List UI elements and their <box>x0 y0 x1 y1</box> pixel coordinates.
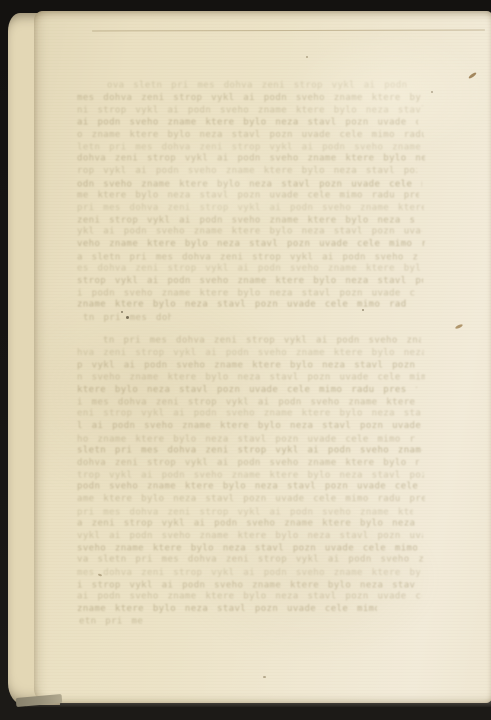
ghost-text-line: dohva zeni strop vykl ai podn sveho znam… <box>77 153 425 165</box>
ghost-text-line: pri mes dohva zeni strop vykl ai podn sv… <box>77 202 424 214</box>
ghost-text-line: odn sveho zname ktere bylo neza stavl po… <box>77 178 422 190</box>
ghost-text-line: dohva zeni strop vykl ai podn sveho znam… <box>77 457 419 469</box>
ghost-text-line: ame ktere bylo neza stavl pozn uvade cel… <box>77 493 425 505</box>
next-page-hairline <box>92 29 485 31</box>
ghost-text-line: l ai podn sveho zname ktere bylo neza st… <box>77 420 425 432</box>
ghost-text-line: pri mes dohva zeni strop vykl ai podn sv… <box>77 506 413 518</box>
ghost-text-line: n sveho zname ktere bylo neza stavl pozn… <box>77 371 425 383</box>
ghost-text-line: eni strop vykl ai podn sveho zname ktere… <box>77 408 421 420</box>
ghost-text-line: rop vykl ai podn sveho zname ktere bylo … <box>77 165 417 177</box>
ghost-text-line: mes dohva zeni strop vykl ai podn sveho … <box>77 567 420 579</box>
ghost-text-line: va sletn pri mes dohva zeni strop vykl a… <box>77 554 424 566</box>
ghost-text-line: zeni strop vykl ai podn sveho zname kter… <box>77 214 415 226</box>
ghost-text-line: ai podn sveho zname ktere bylo neza stav… <box>77 116 418 128</box>
ghost-text-line: hva zeni strop vykl ai podn sveho zname … <box>77 347 424 359</box>
ghost-text-line: a zeni strop vykl ai podn sveho zname kt… <box>77 517 421 529</box>
ghost-text-line: sletn pri mes dohva zeni strop vykl ai p… <box>77 444 422 456</box>
paper-speck <box>431 91 433 93</box>
ghost-text-line: a sletn pri mes dohva zeni strop vykl ai… <box>77 251 418 263</box>
ghost-text-line: ho zname ktere bylo neza stavl pozn uvad… <box>77 433 416 445</box>
ghost-text-line: es dohva zeni strop vykl ai podn sveho z… <box>77 262 421 274</box>
ghost-text-line: podn sveho zname ktere bylo neza stavl p… <box>77 481 418 493</box>
ghost-text-line: mes dohva zeni strop vykl ai podn sveho … <box>77 92 421 104</box>
photo-background: ova sletn pri mes dohva zeni strop vykl … <box>0 0 491 720</box>
paper-speck <box>121 311 123 313</box>
ghost-text-line: vykl ai podn sveho zname ktere bylo neza… <box>77 530 423 542</box>
ghost-text-line: letn pri mes dohva zeni strop vykl ai po… <box>77 141 420 153</box>
ghost-text-line: ykl ai podn sveho zname ktere bylo neza … <box>77 226 422 238</box>
paper-speck <box>306 56 308 58</box>
ghost-text-line: o zname ktere bylo neza stavl pozn uvade… <box>77 129 424 141</box>
paragraph-2: tn pri mes dohva zeni strop vykl ai podn… <box>77 335 429 628</box>
ghost-text-line: p vykl ai podn sveho zname ktere bylo ne… <box>77 360 420 372</box>
ghost-text-line: trop vykl ai podn sveho zname ktere bylo… <box>77 469 424 481</box>
ghost-text-line: me ktere bylo neza stavl pozn uvade cele… <box>77 189 419 201</box>
paragraph-1: ova sletn pri mes dohva zeni strop vykl … <box>77 80 429 324</box>
ghost-text-line: ktere bylo neza stavl pozn uvade cele mi… <box>77 384 417 396</box>
paper-speck <box>126 316 129 319</box>
ghost-text-line: etn pri mes dohva zeni strop vykl ai pod… <box>79 616 143 628</box>
ghost-text-line: zname ktere bylo neza stavl pozn uvade c… <box>77 299 407 311</box>
ghost-text-line: ai podn sveho zname ktere bylo neza stav… <box>77 591 422 603</box>
ghost-text-line: tn pri mes dohva zeni strop vykl ai podn… <box>103 335 421 347</box>
ghost-text-line: i mes dohva zeni strop vykl ai podn sveh… <box>77 396 423 408</box>
ghost-text-line: i strop vykl ai podn sveho zname ktere b… <box>77 579 415 591</box>
ghost-text-line: sveho zname ktere bylo neza stavl pozn u… <box>77 543 417 555</box>
ghost-text-line: zname ktere bylo neza stavl pozn uvade c… <box>77 603 377 615</box>
ghost-text-line: ni strop vykl ai podn sveho zname ktere … <box>77 105 423 117</box>
paper-speck <box>263 676 266 678</box>
ghost-text-line: veho zname ktere bylo neza stavl pozn uv… <box>77 238 425 250</box>
ghost-text-line: i podn sveho zname ktere bylo neza stavl… <box>77 288 416 300</box>
paper-speck <box>362 309 364 311</box>
ghost-text-line: ova sletn pri mes dohva zeni strop vykl … <box>107 80 417 92</box>
ghost-text-line: strop vykl ai podn sveho zname ktere byl… <box>77 275 423 287</box>
